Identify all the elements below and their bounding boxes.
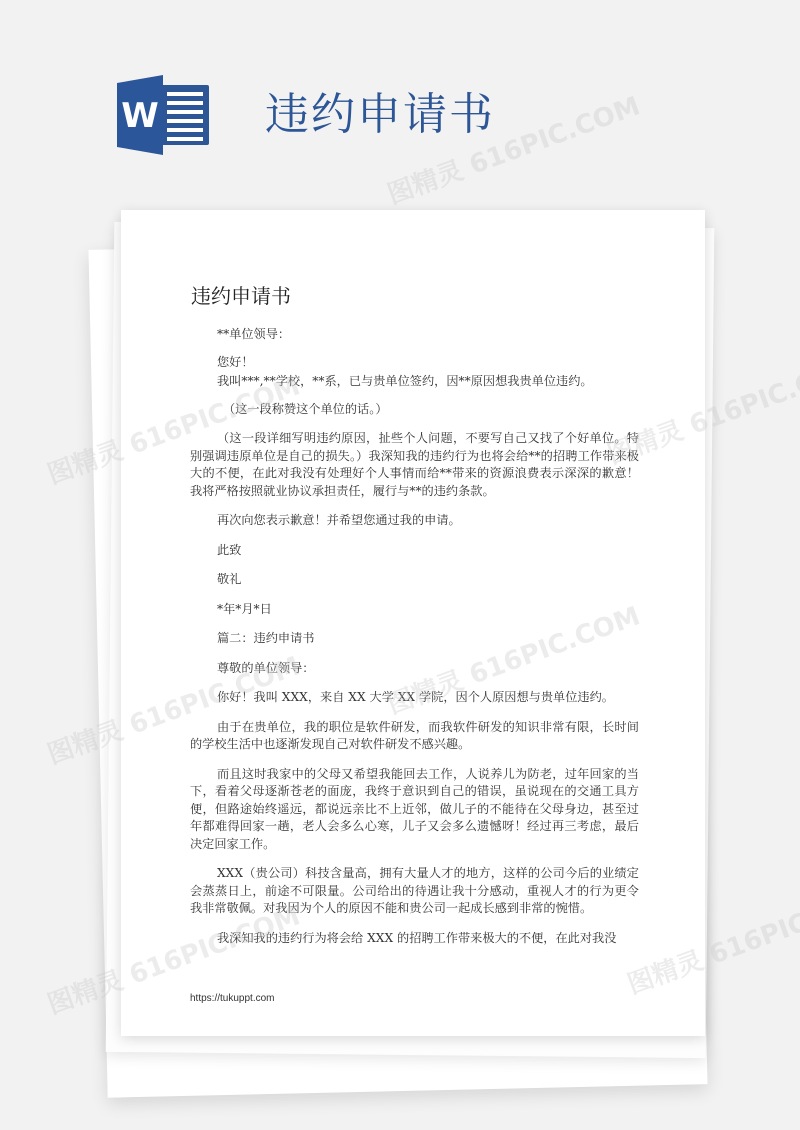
paragraph-salutation-2: 尊敬的单位领导：: [190, 660, 639, 678]
paragraph-section-two-heading: 篇二：违约申请书: [190, 630, 639, 648]
document-title: 违约申请书: [191, 280, 291, 309]
paragraph-intro: 我叫***,**学校，**系，已与贵单位签约，因**原因想我贵单位违约。: [190, 373, 639, 391]
paragraph-greeting-2: 你好！我叫 XXX，来自 XX 大学 XX 学院，因个人原因想与贵单位违约。: [190, 689, 639, 707]
paragraph-apology-2: 我深知我的违约行为将会给 XXX 的招聘工作带来极大的不便，在此对我没: [190, 930, 639, 948]
footer-url: https://tukuppt.com: [190, 993, 275, 1004]
header-title: 违约申请书: [265, 85, 495, 145]
word-document-icon: W: [117, 75, 213, 155]
paragraph-job-reason: 由于在贵单位，我的职位是软件研发，而我软件研发的知识非常有限，长时间的学校生活中…: [190, 719, 639, 754]
paragraph-salutation: **单位领导：: [190, 326, 639, 344]
paragraph-closing-1: 此致: [190, 542, 639, 560]
header-banner: W 违约申请书: [0, 0, 800, 200]
paragraph-closing-2: 敬礼: [190, 571, 639, 589]
paragraph-company-praise: XXX（贵公司）科技含量高，拥有大量人才的地方，这样的公司今后的业绩定会蒸蒸日上…: [190, 865, 639, 918]
paragraph-family-reason: 而且这时我家中的父母又希望我能回去工作，人说养儿为防老，过年回家的当下，看着父母…: [190, 766, 639, 854]
document-page: 违约申请书 **单位领导： 您好！ 我叫***,**学校，**系，已与贵单位签约…: [121, 210, 705, 1036]
paragraph-greeting: 您好！: [190, 354, 639, 372]
paragraph-praise-note: （这一段称赞这个单位的话。）: [190, 401, 639, 419]
paragraph-apology: 再次向您表示歉意！并希望您通过我的申请。: [190, 512, 639, 530]
paragraph-date: *年*月*日: [190, 601, 639, 619]
document-body: **单位领导： 您好！ 我叫***,**学校，**系，已与贵单位签约，因**原因…: [190, 326, 639, 959]
paragraph-reason: （这一段详细写明违约原因，扯些个人问题，不要写自己又找了个好单位。特别强调违原单…: [190, 430, 639, 500]
svg-text:W: W: [121, 96, 159, 136]
